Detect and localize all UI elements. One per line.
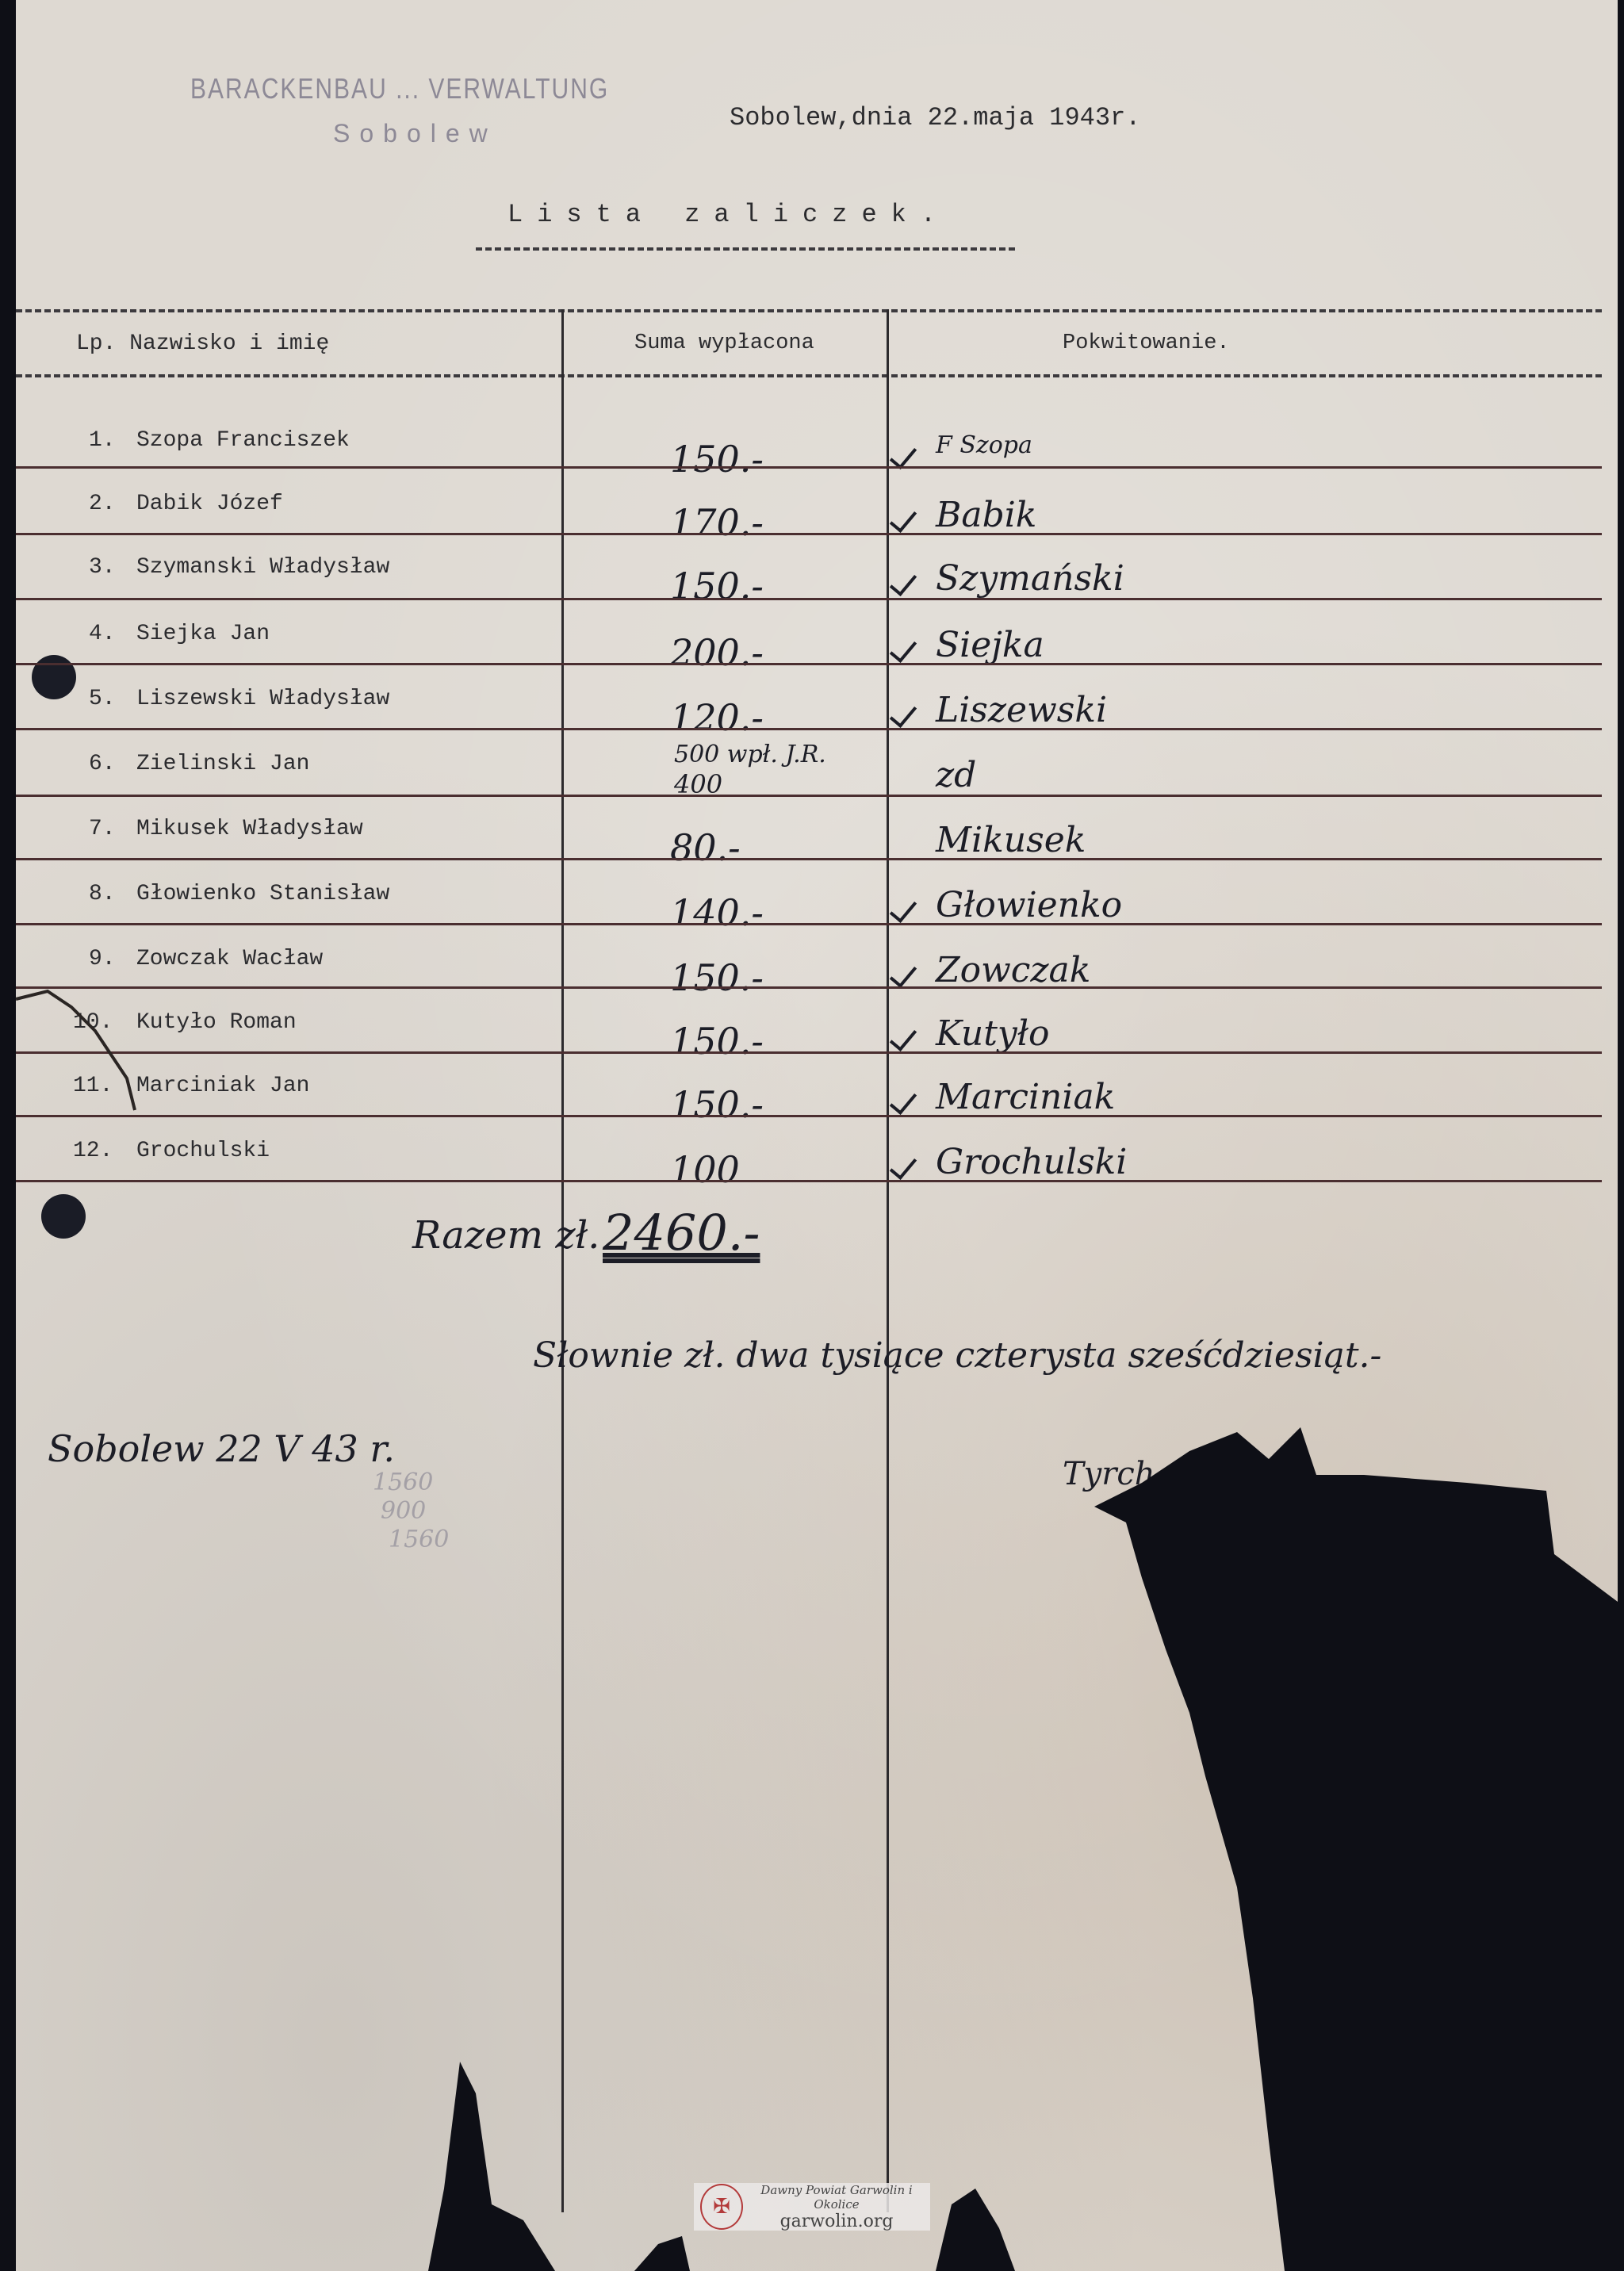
row-receipt-signature: Kutyło	[936, 1013, 1050, 1054]
row-receipt-signature: Babik	[936, 495, 1036, 535]
row-number: 5.	[89, 687, 116, 711]
row-divider	[16, 663, 1602, 665]
row-amount: 150.-	[670, 438, 764, 481]
pencil-note: 1560	[373, 1469, 433, 1496]
column-header-receipt: Pokwitowanie.	[1063, 331, 1230, 355]
row-amount: 200.-	[670, 631, 764, 674]
title-underline	[476, 247, 1015, 251]
row-number: 6.	[89, 752, 116, 776]
row-number: 9.	[89, 947, 116, 971]
row-receipt-signature: Liszewski	[936, 690, 1107, 730]
row-amount: 140.-	[670, 891, 764, 934]
row-divider	[16, 1115, 1602, 1117]
row-name: Zowczak Wacław	[136, 947, 323, 971]
watermark-banner: ✠ Dawny Powiat Garwolin i Okolice garwol…	[694, 2183, 930, 2231]
seal-icon: ✠	[700, 2184, 743, 2230]
row-name: Szymanski Władysław	[136, 555, 389, 580]
table-top-rule	[16, 309, 1602, 312]
stamp-line-2: Sobolew	[333, 119, 497, 148]
row-name: Dabik Józef	[136, 492, 283, 516]
row-receipt-signature: Mikusek	[936, 820, 1086, 860]
row-number: 12.	[73, 1139, 113, 1163]
row-name: Marciniak Jan	[136, 1074, 309, 1098]
row-number: 2.	[89, 492, 116, 516]
place-date: Sobolew,dnia 22.maja 1943r.	[730, 103, 1140, 132]
column-header-name: Lp. Nazwisko i imię	[76, 331, 329, 356]
punch-hole	[41, 1194, 86, 1239]
row-number: 10.	[73, 1010, 113, 1035]
signature: Tyrch...	[1063, 1456, 1185, 1492]
row-receipt-signature: F Szopa	[936, 431, 1032, 459]
row-divider	[16, 858, 1602, 860]
row-name: Liszewski Władysław	[136, 687, 389, 711]
row-receipt-signature: Siejka	[936, 625, 1044, 665]
header-bottom-rule	[16, 374, 1602, 377]
row-divider	[16, 795, 1602, 797]
column-header-amount: Suma wypłacona	[634, 331, 814, 355]
row-name: Mikusek Władysław	[136, 817, 363, 841]
row-divider	[16, 1180, 1602, 1182]
row-amount: 150.-	[670, 1083, 764, 1126]
footnote-date: Sobolew 22 V 43 r.	[48, 1427, 395, 1470]
row-receipt-signature: Grochulski	[936, 1142, 1127, 1182]
row-name: Kutyło Roman	[136, 1010, 297, 1035]
row-receipt-signature: Głowienko	[936, 885, 1122, 925]
total-value: 2460.-	[603, 1204, 760, 1262]
row-number: 7.	[89, 817, 116, 841]
row-amount: 120.-	[670, 696, 764, 739]
column-divider-2	[887, 309, 889, 2212]
row-amount: 100	[670, 1148, 740, 1191]
row-receipt-signature: Marciniak	[936, 1077, 1115, 1117]
row-name: Grochulski	[136, 1139, 270, 1163]
pencil-note: 900	[381, 1497, 426, 1525]
row-number: 8.	[89, 882, 116, 906]
row-name: Głowienko Stanisław	[136, 882, 389, 906]
row-receipt-signature: Szymański	[936, 558, 1124, 599]
row-divider	[16, 533, 1602, 535]
pencil-note: 1560	[389, 1526, 449, 1553]
row-receipt-signature: zd	[936, 755, 976, 795]
row-name: Zielinski Jan	[136, 752, 309, 776]
row-amount: 150.-	[670, 565, 764, 607]
document-title: Lista zaliczek.	[507, 200, 950, 229]
row-divider	[16, 466, 1602, 469]
row-divider	[16, 986, 1602, 989]
punch-hole	[32, 655, 76, 699]
row-name: Szopa Franciszek	[136, 428, 350, 453]
row-divider	[16, 728, 1602, 730]
watermark-url: garwolin.org	[743, 2212, 930, 2231]
stamp-line-1: BARACKENBAU ... VERWALTUNG	[190, 74, 609, 106]
watermark-title: Dawny Powiat Garwolin i Okolice	[743, 2183, 930, 2212]
row-divider	[16, 598, 1602, 600]
row-divider	[16, 1051, 1602, 1054]
column-divider-1	[561, 309, 564, 2212]
row-number: 11.	[73, 1074, 113, 1098]
total-label: Razem zł.	[412, 1213, 599, 1258]
row-number: 3.	[89, 555, 116, 580]
row-amount: 80.-	[670, 826, 741, 869]
row-amount: 150.-	[670, 1020, 764, 1063]
row-amount: 150.-	[670, 956, 764, 999]
row-amount: 500 wpł. J.R.	[674, 741, 826, 768]
row-amount: 170.-	[670, 501, 764, 544]
amount-in-words: Słownie zł. dwa tysiące czterysta sześćd…	[533, 1335, 1381, 1376]
row-divider	[16, 923, 1602, 925]
row-name: Siejka Jan	[136, 622, 270, 646]
row-number: 1.	[89, 428, 116, 453]
row-number: 4.	[89, 622, 116, 646]
row-receipt-signature: Zowczak	[936, 950, 1090, 990]
